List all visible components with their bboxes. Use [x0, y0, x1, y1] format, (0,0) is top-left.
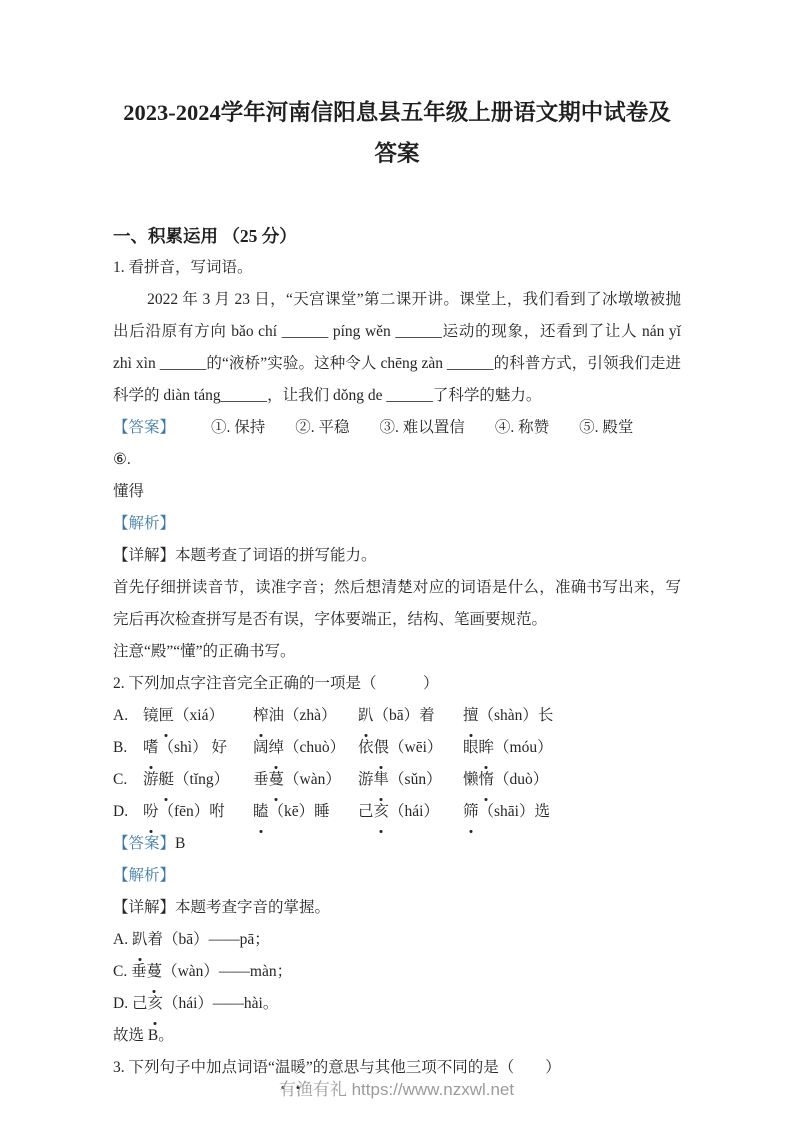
q1-answer-item: ③. 难以置信 — [380, 412, 465, 444]
option-word: 吩（fēn）咐 — [143, 796, 253, 828]
option-word: 瞌（kē）睡 — [253, 796, 358, 828]
q1-note: 注意“殿”“懂”的正确书写。 — [113, 636, 681, 668]
option-word: 游隼（sǔn） — [358, 764, 463, 796]
q2-conclusion: 故选 B。 — [113, 1020, 681, 1052]
option-word: 游艇（tǐng） — [143, 764, 253, 796]
option-word: 眼眸（móu） — [463, 732, 681, 764]
option-word: 筛（shāi）选 — [463, 796, 681, 828]
q1-answer-line-2: 懂得 — [113, 476, 681, 508]
q1-method: 首先仔细拼读音节，读准字音；然后想清楚对应的词语是什么，准确书写出来，写完后再次… — [113, 572, 681, 636]
q2-answer-value: B — [175, 835, 185, 852]
q2-answer-line: 【答案】B — [113, 828, 681, 860]
option-word: 榨油（zhà） — [253, 700, 358, 732]
option-word: 阔绰（chuò） — [253, 732, 358, 764]
option-key: A. — [113, 700, 143, 732]
option-word: 垂蔓（wàn） — [253, 764, 358, 796]
q1-passage: 2022 年 3 月 23 日，“天宫课堂”第二课开讲。课堂上，我们看到了冰墩墩… — [113, 284, 681, 412]
q2-label: 2. 下列加点字注音完全正确的一项是（ ） — [113, 668, 681, 700]
q1-detail: 【详解】本题考查了词语的拼写能力。 — [113, 540, 681, 572]
q1-answer-line: 【答案】①. 保持②. 平稳③. 难以置信④. 称赞⑤. 殿堂⑥. — [113, 412, 681, 476]
q2-correction: C. 垂蔓（wàn）——màn； — [113, 956, 681, 988]
exam-document-page: 2023-2024学年河南信阳息县五年级上册语文期中试卷及答案 一、积累运用 （… — [0, 0, 793, 1122]
q1-answer-item: ①. 保持 — [211, 412, 265, 444]
q2-detail: 【详解】本题考查字音的掌握。 — [113, 892, 681, 924]
option-word: 擅（shàn）长 — [463, 700, 681, 732]
q2-answer-label: 【答案】 — [113, 835, 175, 852]
option-word: 嗜（shì） 好 — [143, 732, 253, 764]
document-title: 2023-2024学年河南信阳息县五年级上册语文期中试卷及答案 — [113, 92, 681, 174]
option-word: 镜匣（xiá） — [143, 700, 253, 732]
q2-option-row-b: B. 嗜（shì） 好 阔绰（chuò） 依偎（wēi） 眼眸（móu） — [113, 732, 681, 764]
q1-answer-item: ④. 称赞 — [495, 412, 549, 444]
q1-answer-item: ⑤. 殿堂 — [579, 412, 633, 444]
q1-answer-item: ⑥. — [113, 444, 131, 476]
option-key: C. — [113, 764, 143, 796]
q1-answer-item: ②. 平稳 — [295, 412, 349, 444]
q1-analysis-label: 【解析】 — [113, 508, 681, 540]
option-word: 己亥（hái） — [358, 796, 463, 828]
q1-label: 1. 看拼音，写词语。 — [113, 252, 681, 284]
q2-correction: D. 己亥（hái）——hài。 — [113, 988, 681, 1020]
option-key: B. — [113, 732, 143, 764]
watermark: 有渔有礼 https://www.nzxwl.net — [0, 1075, 793, 1100]
q1-answer-label: 【答案】 — [113, 419, 175, 436]
q2-analysis-label: 【解析】 — [113, 860, 681, 892]
option-word: 懒惰（duò） — [463, 764, 681, 796]
q2-option-row-d: D. 吩（fēn）咐 瞌（kē）睡 己亥（hái） 筛（shāi）选 — [113, 796, 681, 828]
option-key: D. — [113, 796, 143, 828]
q2-correction: A. 趴着（bā）——pā； — [113, 924, 681, 956]
q2-option-row-c: C. 游艇（tǐng） 垂蔓（wàn） 游隼（sǔn） 懒惰（duò） — [113, 764, 681, 796]
option-word: 依偎（wēi） — [358, 732, 463, 764]
section-heading: 一、积累运用 （25 分） — [113, 220, 681, 252]
q2-option-row-a: A. 镜匣（xiá） 榨油（zhà） 趴（bā）着 擅（shàn）长 — [113, 700, 681, 732]
option-word: 趴（bā）着 — [358, 700, 463, 732]
